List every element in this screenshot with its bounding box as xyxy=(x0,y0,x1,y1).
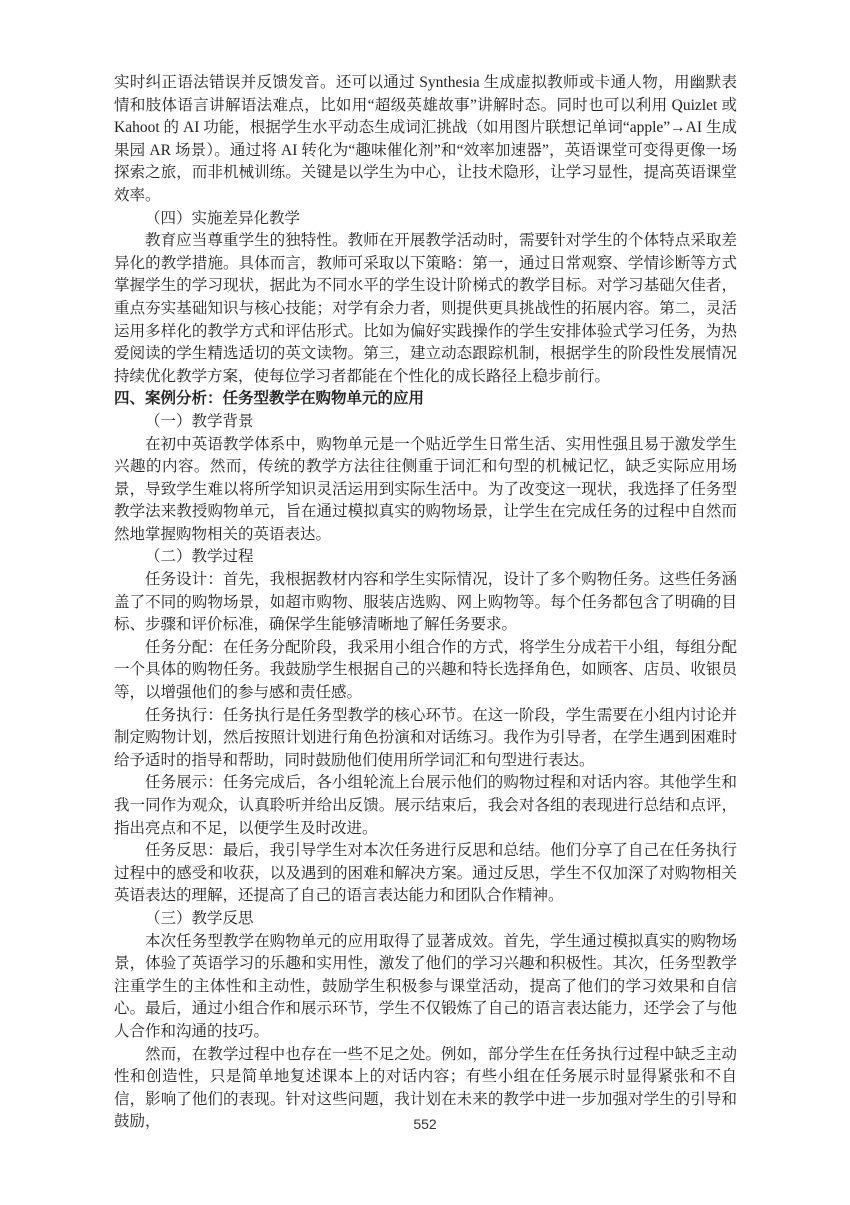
paragraph-differentiated-teaching: 教育应当尊重学生的独特性。教师在开展教学活动时，需要针对学生的个体特点采取差异化… xyxy=(114,230,737,388)
paragraph-task-assignment: 任务分配：在任务分配阶段，我采用小组合作的方式，将学生分成若干小组，每组分配一个… xyxy=(114,637,737,705)
paragraph-ai-tools-continuation: 实时纠正语法错误并反馈发音。还可以通过 Synthesia 生成虚拟教师或卡通人… xyxy=(114,72,737,208)
paragraph-teaching-reflection-results: 本次任务型教学在购物单元的应用取得了显著成效。首先，学生通过模拟真实的购物场景，… xyxy=(114,931,737,1044)
paragraph-task-design: 任务设计：首先，我根据教材内容和学生实际情况，设计了多个购物任务。这些任务涵盖了… xyxy=(114,569,737,637)
page-number: 552 xyxy=(0,1116,850,1132)
subheading-3-teaching-reflection: （三）教学反思 xyxy=(114,908,737,931)
paragraph-task-reflection: 任务反思：最后，我引导学生对本次任务进行反思和总结。他们分享了自己在任务执行过程… xyxy=(114,840,737,908)
subheading-2-teaching-process: （二）教学过程 xyxy=(114,546,737,569)
paragraph-teaching-background: 在初中英语教学体系中，购物单元是一个贴近学生日常生活、实用性强且易于激发学生兴趣… xyxy=(114,434,737,547)
paragraph-task-execution: 任务执行：任务执行是任务型教学的核心环节。在这一阶段，学生需要在小组内讨论并制定… xyxy=(114,705,737,773)
document-page: 实时纠正语法错误并反馈发音。还可以通过 Synthesia 生成虚拟教师或卡通人… xyxy=(0,0,850,1205)
subheading-1-teaching-background: （一）教学背景 xyxy=(114,411,737,434)
document-body: 实时纠正语法错误并反馈发音。还可以通过 Synthesia 生成虚拟教师或卡通人… xyxy=(114,72,737,1134)
heading-section-4-case-analysis: 四、案例分析：任务型教学在购物单元的应用 xyxy=(114,388,737,411)
paragraph-task-presentation: 任务展示：任务完成后，各小组轮流上台展示他们的购物过程和对话内容。其他学生和我一… xyxy=(114,772,737,840)
subheading-4-differentiated-teaching: （四）实施差异化教学 xyxy=(114,208,737,231)
